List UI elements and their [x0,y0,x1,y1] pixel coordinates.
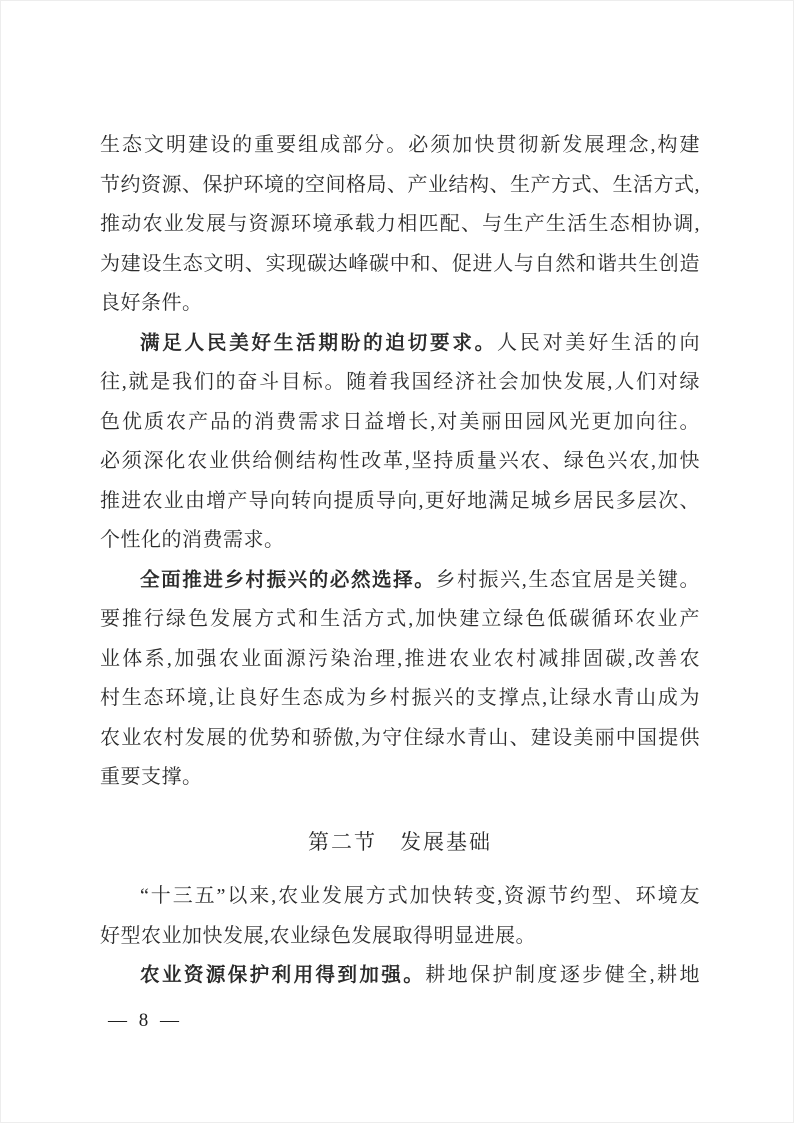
text-line: 农业资源保护利用得到加强。耕地保护制度逐步健全,耕地 [100,956,700,996]
text-line: 色优质农产品的消费需求日益增长,对美丽田园风光更加向往。 [100,403,700,443]
text-line: 要推行绿色发展方式和生活方式,加快建立绿色低碳循环农业产 [100,600,700,640]
paragraph-4: “十三五”以来,农业发展方式加快转变,资源节约型、环境友 好型农业加快发展,农业… [100,877,700,956]
text-line: 全面推进乡村振兴的必然选择。乡村振兴,生态宜居是关键。 [100,561,700,601]
text-line: 推动农业发展与资源环境承载力相匹配、与生产生活生态相协调, [100,205,700,245]
bold-lead: 满足人民美好生活期盼的迫切要求。 [140,332,497,354]
text-column: 生态文明建设的重要组成部分。必须加快贯彻新发展理念,构建 节约资源、保护环境的空… [100,126,700,996]
lead-rest: 耕地保护制度逐步健全,耕地 [425,964,700,986]
section-heading: 第二节 发展基础 [100,823,700,863]
text-line: 好型农业加快发展,农业绿色发展取得明显进展。 [100,917,700,957]
text-line: 推进农业由增产导向转向提质导向,更好地满足城乡居民多层次、 [100,482,700,522]
document-page: 生态文明建设的重要组成部分。必须加快贯彻新发展理念,构建 节约资源、保护环境的空… [0,0,794,1123]
text-line: 良好条件。 [100,284,700,324]
lead-rest: 乡村振兴,生态宜居是关键。 [435,569,700,591]
text-line: 农业农村发展的优势和骄傲,为守住绿水青山、建设美丽中国提供 [100,719,700,759]
bold-lead: 农业资源保护利用得到加强。 [140,964,425,986]
text-line: 生态文明建设的重要组成部分。必须加快贯彻新发展理念,构建 [100,126,700,166]
bold-lead: 全面推进乡村振兴的必然选择。 [140,569,435,591]
page-number: — 8 — [108,1007,179,1035]
text-line: 往,就是我们的奋斗目标。随着我国经济社会加快发展,人们对绿 [100,363,700,403]
paragraph-5: 农业资源保护利用得到加强。耕地保护制度逐步健全,耕地 [100,956,700,996]
paragraph-3: 全面推进乡村振兴的必然选择。乡村振兴,生态宜居是关键。 要推行绿色发展方式和生活… [100,561,700,798]
lead-rest: 人民对美好生活的向 [497,332,700,354]
text-line: 满足人民美好生活期盼的迫切要求。人民对美好生活的向 [100,324,700,364]
text-line: 个性化的消费需求。 [100,521,700,561]
text-line: “十三五”以来,农业发展方式加快转变,资源节约型、环境友 [100,877,700,917]
text-line: 节约资源、保护环境的空间格局、产业结构、生产方式、生活方式, [100,166,700,206]
paragraph-1: 生态文明建设的重要组成部分。必须加快贯彻新发展理念,构建 节约资源、保护环境的空… [100,126,700,324]
paragraph-2: 满足人民美好生活期盼的迫切要求。人民对美好生活的向 往,就是我们的奋斗目标。随着… [100,324,700,561]
text-line: 重要支撑。 [100,758,700,798]
text-line: 业体系,加强农业面源污染治理,推进农业农村减排固碳,改善农 [100,640,700,680]
text-line: 村生态环境,让良好生态成为乡村振兴的支撑点,让绿水青山成为 [100,679,700,719]
text-line: 为建设生态文明、实现碳达峰碳中和、促进人与自然和谐共生创造 [100,245,700,285]
text-line: 必须深化农业供给侧结构性改革,坚持质量兴农、绿色兴农,加快 [100,442,700,482]
